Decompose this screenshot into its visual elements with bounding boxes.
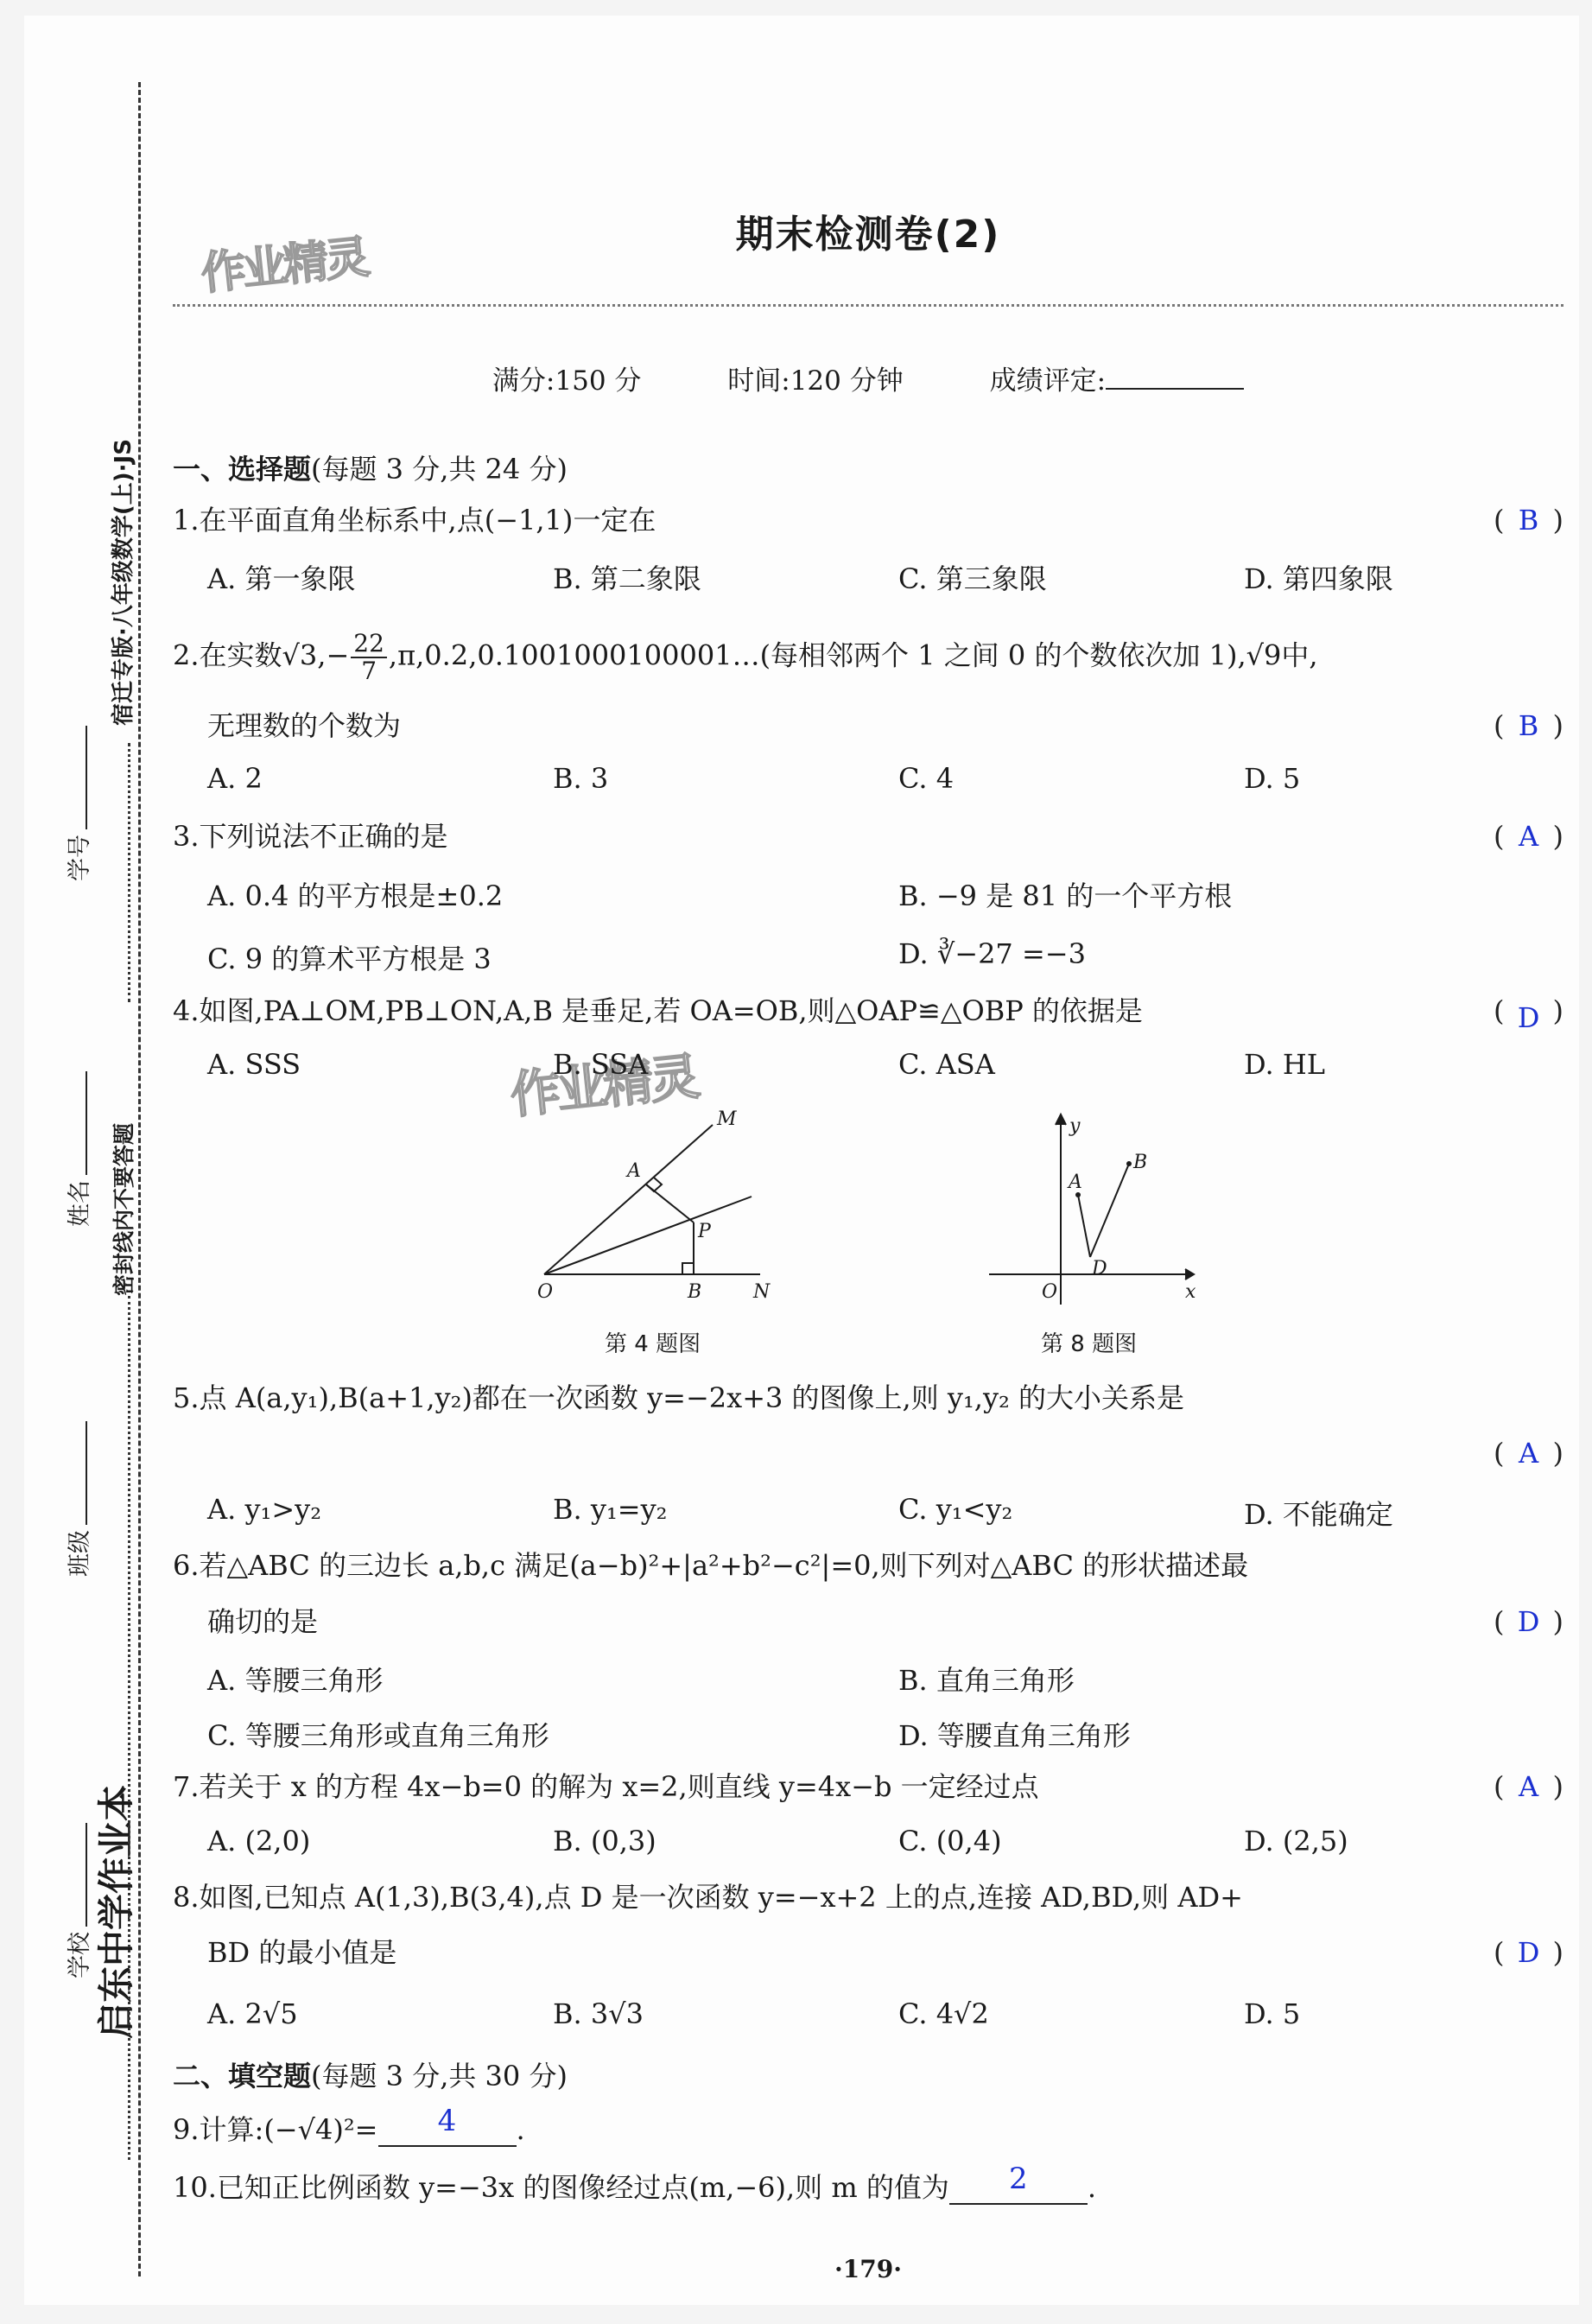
option-a[interactable]: A. y₁>y₂ (207, 1493, 321, 1526)
svg-text:A: A (1067, 1172, 1082, 1193)
option-d[interactable]: D. 不能确定 (1244, 1493, 1393, 1533)
page-title: 期末检测卷(2) (173, 203, 1563, 258)
answer-box[interactable]: (A) (1494, 1769, 1563, 1804)
section-heading-choice: 一、选择题(每题 3 分,共 24 分) (173, 448, 568, 487)
brand-label: 启东中学作业本 (88, 1785, 140, 2039)
figure-8-diagram: y x O A B D (985, 1106, 1209, 1313)
option-a[interactable]: A. 2√5 (207, 1997, 298, 2030)
answer-box[interactable]: (D) (1494, 994, 1563, 1028)
option-a[interactable]: A. 2 (207, 762, 263, 795)
option-b[interactable]: B. 第二象限 (553, 557, 701, 597)
option-d[interactable]: D. 5 (1244, 1997, 1300, 2030)
option-c[interactable]: C. 等腰三角形或直角三角形 (207, 1714, 549, 1754)
title-divider (173, 304, 1563, 307)
answer-box[interactable]: (D) (1494, 1935, 1563, 1970)
question-9: 9.计算:(−√4)²=4. (173, 2112, 1563, 2147)
svg-text:A: A (625, 1160, 641, 1182)
option-b[interactable]: B. 3√3 (553, 1997, 644, 2030)
option-a[interactable]: A. SSS (207, 1048, 301, 1081)
option-a[interactable]: A. 0.4 的平方根是±0.2 (207, 874, 503, 914)
question-1-options: A. 第一象限 B. 第二象限 C. 第三象限 D. 第四象限 (207, 557, 1563, 592)
fraction: 227 (351, 631, 387, 684)
option-c[interactable]: C. (0,4) (898, 1825, 1002, 1857)
seal-dots-upper (128, 743, 130, 1002)
cut-line (138, 82, 141, 2276)
option-d[interactable]: D. 第四象限 (1244, 557, 1393, 597)
question-8: 8.如图,已知点 A(1,3),B(3,4),点 D 是一次函数 y=−x+2 … (173, 1880, 1563, 1914)
exam-meta: 满分:150 分 时间:120 分钟 成绩评定: (173, 359, 1563, 397)
grade-blank[interactable] (1106, 364, 1244, 390)
series-label: 宿迁专版·八年级数学(上)·JS (105, 439, 137, 726)
question-4-options: A. SSS B. SSA C. ASA D. HL (207, 1048, 1563, 1083)
answer-box[interactable]: (B) (1494, 503, 1563, 537)
option-c[interactable]: C. y₁<y₂ (898, 1493, 1012, 1526)
grade-field: 成绩评定: (990, 365, 1244, 397)
svg-text:O: O (1042, 1281, 1057, 1303)
option-d[interactable]: D. (2,5) (1244, 1825, 1348, 1857)
option-c[interactable]: C. 4√2 (898, 1997, 989, 2030)
question-5-options: A. y₁>y₂ B. y₁=y₂ C. y₁<y₂ D. 不能确定 (207, 1493, 1563, 1527)
question-8-options: A. 2√5 B. 3√3 C. 4√2 D. 5 (207, 1997, 1563, 2032)
seal-notice: 密封线内不要答题 (107, 1123, 138, 1296)
question-5: 5.点 A(a,y₁),B(a+1,y₂)都在一次函数 y=−2x+3 的图像上… (173, 1381, 1563, 1415)
svg-text:P: P (697, 1221, 712, 1242)
name-blank[interactable] (65, 1071, 87, 1175)
question-2-options: A. 2 B. 3 C. 4 D. 5 (207, 762, 1563, 797)
answer-box[interactable]: (A) (1494, 819, 1563, 854)
answer-box[interactable]: (A) (1494, 1436, 1563, 1470)
question-2: 2.在实数√3,−227,π,0.2,0.1001000100001…(每相邻两… (173, 631, 1563, 684)
option-c[interactable]: C. ASA (898, 1048, 995, 1081)
svg-text:B: B (687, 1281, 701, 1303)
time-limit: 时间:120 分钟 (727, 365, 903, 397)
school-blank[interactable] (65, 1823, 87, 1927)
svg-text:y: y (1069, 1115, 1081, 1137)
option-d[interactable]: D. ∛−27 =−3 (898, 937, 1086, 970)
question-6-line2: 确切的是 (D) (173, 1604, 1563, 1639)
question-4: 4.如图,PA⊥OM,PB⊥ON,A,B 是垂足,若 OA=OB,则△OAP≌△… (173, 994, 1563, 1028)
svg-text:M: M (716, 1108, 737, 1130)
question-7: 7.若关于 x 的方程 4x−b=0 的解为 x=2,则直线 y=4x−b 一定… (173, 1769, 1563, 1804)
option-b[interactable]: B. y₁=y₂ (553, 1493, 667, 1526)
option-c[interactable]: C. 9 的算术平方根是 3 (207, 937, 492, 977)
option-a[interactable]: A. 等腰三角形 (207, 1659, 383, 1699)
option-b[interactable]: B. 直角三角形 (898, 1659, 1075, 1699)
question-1: 1.在平面直角坐标系中,点(−1,1)一定在 (B) (173, 503, 1563, 537)
figure-8-caption: 第 8 题图 (1041, 1326, 1137, 1358)
option-d[interactable]: D. 5 (1244, 762, 1300, 795)
section-heading-fill: 二、填空题(每题 3 分,共 30 分) (173, 2054, 568, 2094)
option-a[interactable]: A. (2,0) (207, 1825, 310, 1857)
figure-4-caption: 第 4 题图 (605, 1326, 701, 1358)
question-2-line2: 无理数的个数为 (B) (173, 708, 1563, 743)
svg-text:B: B (1132, 1152, 1147, 1173)
question-8-line2: BD 的最小值是 (D) (173, 1935, 1563, 1970)
full-score: 满分:150 分 (492, 365, 641, 397)
seal-dots-lower (128, 1296, 130, 2160)
figure-4-diagram: O A M P B N (518, 1106, 803, 1313)
question-6-options-row2: C. 等腰三角形或直角三角形 D. 等腰直角三角形 (207, 1714, 1563, 1749)
binding-strip: 学号 姓名 班级 学校 宿迁专版·八年级数学(上)·JS 密封线内不要答题 启东… (35, 0, 130, 2324)
svg-text:N: N (752, 1281, 771, 1303)
option-b[interactable]: B. SSA (553, 1048, 648, 1081)
answer-box[interactable]: (D) (1494, 1604, 1563, 1639)
svg-text:x: x (1185, 1281, 1196, 1303)
question-3-options-row1: A. 0.4 的平方根是±0.2 B. −9 是 81 的一个平方根 (207, 874, 1563, 909)
question-6-options-row1: A. 等腰三角形 B. 直角三角形 (207, 1659, 1563, 1693)
option-b[interactable]: B. −9 是 81 的一个平方根 (898, 874, 1232, 914)
svg-text:O: O (537, 1281, 553, 1303)
question-3: 3.下列说法不正确的是 (A) (173, 819, 1563, 854)
question-6: 6.若△ABC 的三边长 a,b,c 满足(a−b)²+|a²+b²−c²|=0… (173, 1548, 1563, 1583)
student-id-field[interactable]: 学号 (60, 726, 94, 881)
option-b[interactable]: B. 3 (553, 762, 608, 795)
answer-box[interactable]: (B) (1494, 708, 1563, 743)
student-id-blank[interactable] (65, 726, 87, 829)
option-c[interactable]: C. 第三象限 (898, 557, 1047, 597)
question-3-options-row2: C. 9 的算术平方根是 3 D. ∛−27 =−3 (207, 937, 1563, 972)
answer-blank[interactable]: 2 (949, 2174, 1088, 2205)
name-field[interactable]: 姓名 (60, 1071, 94, 1227)
answer-blank[interactable]: 4 (378, 2116, 517, 2147)
question-7-options: A. (2,0) B. (0,3) C. (0,4) D. (2,5) (207, 1825, 1563, 1859)
svg-text:D: D (1091, 1258, 1107, 1279)
option-d[interactable]: D. HL (1244, 1048, 1325, 1081)
option-c[interactable]: C. 4 (898, 762, 954, 795)
class-field[interactable]: 班级 (60, 1421, 94, 1577)
option-b[interactable]: B. (0,3) (553, 1825, 656, 1857)
class-blank[interactable] (65, 1421, 87, 1525)
page-number: ·179· (173, 2255, 1563, 2283)
option-d[interactable]: D. 等腰直角三角形 (898, 1714, 1131, 1754)
option-a[interactable]: A. 第一象限 (207, 557, 355, 597)
question-10: 10.已知正比例函数 y=−3x 的图像经过点(m,−6),则 m 的值为2. (173, 2170, 1563, 2205)
